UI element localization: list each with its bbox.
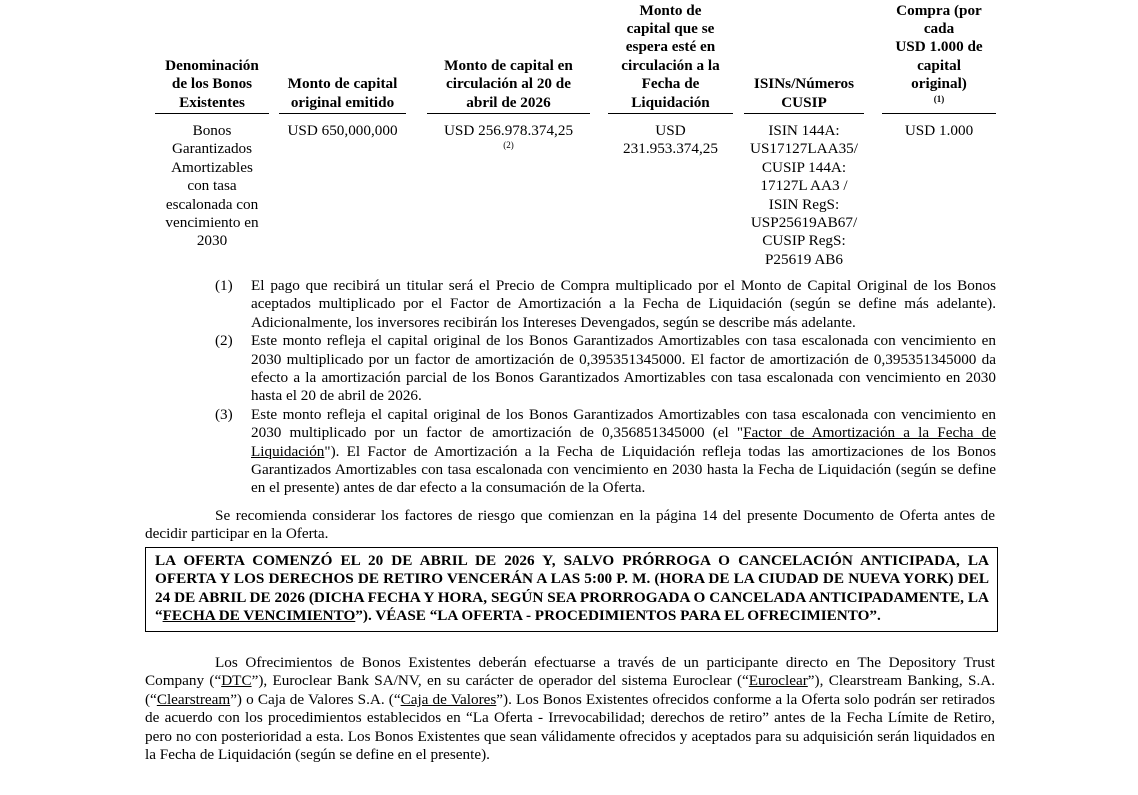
cell-outstanding-amount: USD 256.978.374,25(2)	[427, 122, 590, 159]
defined-term-caja-de-valores: Caja de Valores	[401, 691, 497, 708]
cell-denomination: Bonos Garantizados Amortizables con tasa…	[155, 122, 269, 251]
defined-term-clearstream: Clearstream	[157, 691, 230, 708]
table-footnotes: (1) El pago que recibirá un titular será…	[215, 277, 996, 498]
header-purchase-price: Precio de Compra (por cada USD 1.000 de …	[882, 0, 996, 114]
defined-term-expiration-date: FECHA DE VENCIMIENTO	[163, 607, 356, 624]
defined-term-dtc: DTC	[221, 672, 251, 689]
footnote-1: (1) El pago que recibirá un titular será…	[215, 277, 996, 332]
header-original-amount: Monto de capital original emitido	[279, 0, 406, 114]
header-denomination: Denominación de los Bonos Existentes	[155, 0, 269, 114]
footnote-2: (2) Este monto refleja el capital origin…	[215, 332, 996, 406]
header-expected-amount: Monto de capital que se espera esté en c…	[608, 0, 733, 114]
expiration-notice-box: LA OFERTA COMENZÓ EL 20 DE ABRIL DE 2026…	[145, 547, 998, 632]
header-outstanding-amount: Monto de capital en circulación al 20 de…	[427, 0, 590, 114]
cell-original-amount: USD 650,000,000	[279, 122, 406, 140]
header-identifiers: ISINs/Números CUSIP	[744, 0, 864, 114]
cell-identifiers: ISIN 144A: US17127LAA35/ CUSIP 144A: 171…	[744, 122, 864, 269]
cell-expected-amount: USD 231.953.374,25	[608, 122, 733, 159]
footnote-ref-1: (1)	[934, 94, 945, 104]
defined-term-euroclear: Euroclear	[749, 672, 808, 689]
tender-procedures-paragraph: Los Ofrecimientos de Bonos Existentes de…	[145, 654, 995, 764]
cell-purchase-price: USD 1.000	[882, 122, 996, 140]
risk-factors-paragraph: Se recomienda considerar los factores de…	[145, 507, 995, 544]
footnote-ref-2: (2)	[503, 140, 514, 150]
existing-bonds-table: Denominación de los Bonos Existentes Bon…	[155, 0, 985, 270]
footnote-3: (3) Este monto refleja el capital origin…	[215, 406, 996, 498]
